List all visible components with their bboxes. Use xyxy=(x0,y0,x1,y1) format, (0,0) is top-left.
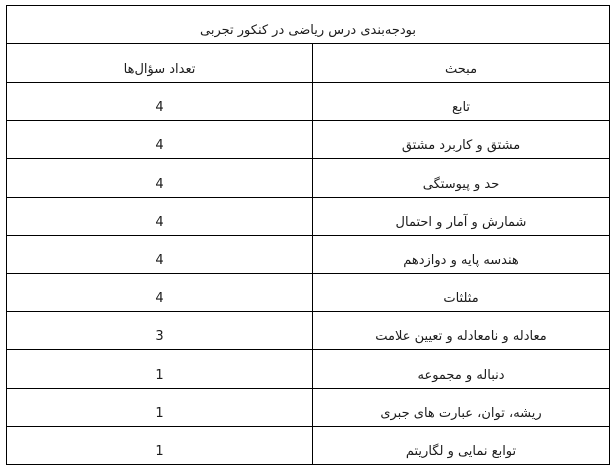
table-row: معادله و نامعادله و تعیین علامت 3 xyxy=(7,311,609,349)
table-row: مشتق و کاربرد مشتق 4 xyxy=(7,120,609,158)
budget-table: بودجه‌بندی درس ریاضی در کنکور تجربی مبحث… xyxy=(6,5,610,465)
count-cell: 4 xyxy=(7,274,312,311)
topic-cell: مثلثات xyxy=(312,274,609,311)
topic-column-header: مبحث xyxy=(312,44,609,82)
count-cell: 1 xyxy=(7,350,312,387)
topic-cell: مشتق و کاربرد مشتق xyxy=(312,121,609,158)
count-cell: 4 xyxy=(7,236,312,273)
table-row: توابع نمایی و لگاریتم 1 xyxy=(7,426,609,464)
topic-cell: توابع نمایی و لگاریتم xyxy=(312,427,609,464)
topic-cell: معادله و نامعادله و تعیین علامت xyxy=(312,312,609,349)
count-cell: 1 xyxy=(7,427,312,464)
topic-cell: شمارش و آمار و احتمال xyxy=(312,198,609,235)
table-row: شمارش و آمار و احتمال 4 xyxy=(7,197,609,235)
table-row: حد و پیوستگی 4 xyxy=(7,158,609,196)
topic-cell: هندسه پایه و دوازدهم xyxy=(312,236,609,273)
table-row: دنباله و مجموعه 1 xyxy=(7,349,609,387)
count-column-header: تعداد سؤال‌ها xyxy=(7,44,312,82)
topic-cell: ریشه، توان، عبارت های جبری xyxy=(312,389,609,426)
count-cell: 4 xyxy=(7,83,312,120)
table-row: هندسه پایه و دوازدهم 4 xyxy=(7,235,609,273)
table-row: مثلثات 4 xyxy=(7,273,609,311)
table-rows: تابع 4 مشتق و کاربرد مشتق 4 حد و پیوستگی… xyxy=(7,82,609,464)
table-header-row: مبحث تعداد سؤال‌ها xyxy=(7,43,609,82)
topic-cell: حد و پیوستگی xyxy=(312,159,609,196)
count-cell: 4 xyxy=(7,159,312,196)
table-title: بودجه‌بندی درس ریاضی در کنکور تجربی xyxy=(7,6,609,43)
count-cell: 4 xyxy=(7,121,312,158)
topic-cell: دنباله و مجموعه xyxy=(312,350,609,387)
count-cell: 4 xyxy=(7,198,312,235)
table-row: تابع 4 xyxy=(7,82,609,120)
table-title-row: بودجه‌بندی درس ریاضی در کنکور تجربی xyxy=(7,6,609,43)
table-row: ریشه، توان، عبارت های جبری 1 xyxy=(7,388,609,426)
topic-cell: تابع xyxy=(312,83,609,120)
document-page: بودجه‌بندی درس ریاضی در کنکور تجربی مبحث… xyxy=(0,0,614,472)
count-cell: 3 xyxy=(7,312,312,349)
count-cell: 1 xyxy=(7,389,312,426)
